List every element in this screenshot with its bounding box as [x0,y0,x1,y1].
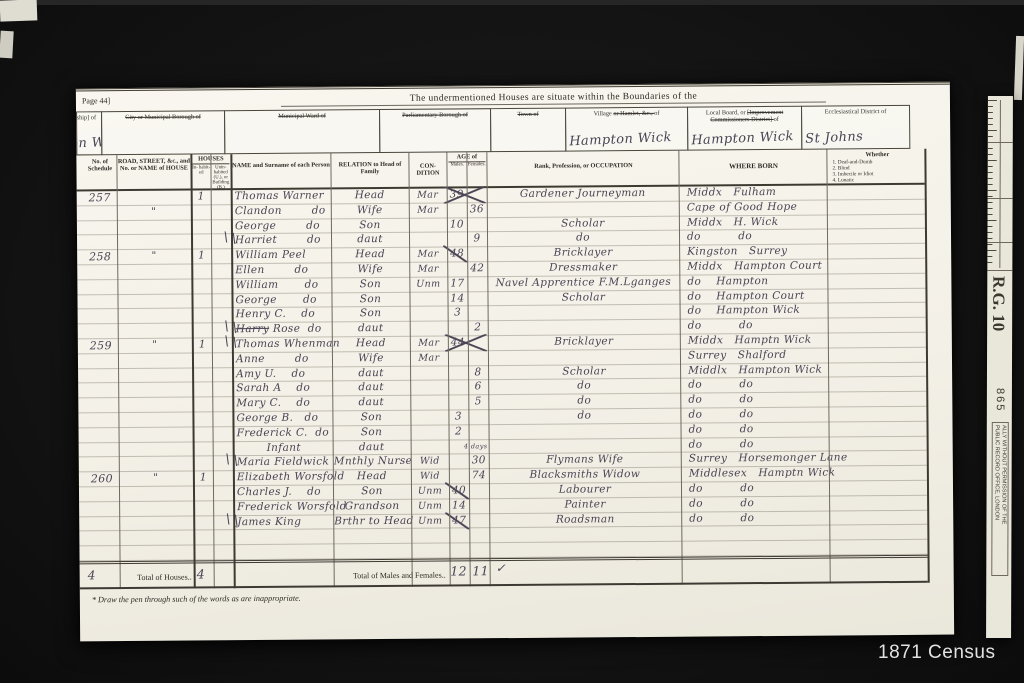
cell-name: Amy U. do [236,367,331,381]
ruler-tick [988,130,997,131]
cell-name: George B. do [236,411,331,425]
cell-age-female: 30 [470,455,488,468]
cell-where-born: do Hampton Wick [682,304,832,318]
cell-occupation: Bricklayer [489,246,677,260]
cell-name: William do [235,278,330,292]
cell-age-male: 2 [449,425,467,438]
copyright-notice: ALLY WITHOUT PERMISSION OF THEPUBLIC REC… [991,422,1009,576]
total-males-females-label: Total of Males and Females.. [240,571,446,582]
cell-relation: Son [333,307,409,321]
copyright-notice-line: ALLY WITHOUT PERMISSION OF THE [1000,425,1007,573]
archival-strip: R.G. 10 865 ALLY WITHOUT PERMISSION OF T… [986,96,1013,638]
cell-where-born: Middx Fulham [681,186,831,200]
cell-condition: Wid [412,455,448,468]
strip-divider [988,142,1013,143]
cell-where-born: Middx Hampton Court [681,260,831,274]
ruler-tick [988,214,993,215]
cell-name: George do [235,293,330,307]
cell-condition: Unm [410,277,446,290]
cell-name: Harry Rose do [236,323,331,337]
cell-name: James King [237,515,332,529]
cell-occupation: do [490,379,678,393]
ruler-tick [987,256,992,257]
cell-age-male: 14 [448,292,466,305]
cell-relation: daut [334,440,410,454]
paper-fragment [1014,36,1024,100]
cell-relation: Wife [333,352,409,366]
cell-where-born: do do [682,408,832,422]
cell-name: Ellen do [235,263,330,277]
cell-name: Anne do [236,352,331,366]
cell-where-born: do Hampton Court [681,289,831,303]
ruler-tick [988,154,993,155]
ruler-tick [987,250,996,251]
ruler-tick [988,136,993,137]
ruler-tick [987,226,992,227]
cell-where-born: Middx Hamptn Wick [682,334,832,348]
cell-where-born: do do [683,482,833,496]
ruler-tick [988,172,993,173]
cell-where-born: Kingston Surrey [681,245,831,259]
cell-house-inhabited: 1 [192,250,211,263]
cell-age-male: 3 [449,307,467,320]
ruler-tick [987,238,992,239]
cell-relation: Mnthly Nurse [334,455,410,469]
cell-name: William Peel [235,249,330,263]
cell-relation: Brthr to Head [334,514,410,528]
cell-occupation: do [490,394,678,408]
cell-name: Maria Fieldwick [237,456,332,470]
total-females-value: 11 [471,563,491,578]
cell-name: Henry C. do [236,308,331,322]
cell-age-male: 3 [449,410,467,423]
crossed-out-mark [444,186,486,203]
cell-occupation: Scholar [489,290,677,304]
ruler-tick [987,262,992,263]
cell-name: Harriet do [235,234,330,248]
cell-occupation: do [489,231,677,245]
cell-name: Frederick Worsfold [237,500,332,514]
cell-age-female: 9 [468,233,486,246]
cell-condition: Mar [411,351,447,364]
cell-name: Elizabeth Worsfold [237,471,332,485]
cell-age-female: 42 [468,262,486,275]
ruler-tick [988,202,993,203]
cell-relation: Son [334,426,410,440]
cell-occupation: Roadsman [491,512,679,526]
cell-relation: daut [333,366,409,380]
ruler-tick [988,124,993,125]
cell-name: Mary C. do [236,397,331,411]
cell-relation: Son [334,485,410,499]
census-sheet: Page 44] The undermentioned Houses are s… [76,82,954,642]
ruler-tick [988,190,997,191]
cell-occupation: Painter [491,498,679,512]
cell-condition: Mar [410,203,446,216]
ruler-tick [988,196,993,197]
cell-schedule-number: 260 [86,472,118,485]
paper-fragment [0,0,37,22]
cell-where-born: do do [682,319,832,333]
cell-condition: Mar [411,337,447,350]
cell-name: Frederick C. do [237,426,332,440]
cell-occupation: Scholar [489,216,677,230]
cell-where-born: Cape of Good Hope [681,200,831,214]
cell-schedule-number: 258 [84,250,116,263]
cell-condition: Mar [410,189,446,202]
copyright-notice-line: PUBLIC RECORD OFFICE, LONDON [993,425,1000,573]
cell-relation: Head [332,189,408,203]
ruler-tick [988,166,993,167]
cell-relation: daut [333,381,409,395]
piece-number-label: 865 [994,388,1006,412]
total-houses-label: Total of Houses.. [92,573,192,583]
cell-relation: Son [333,411,409,425]
cell-age-female: 6 [469,381,487,394]
cell-where-born: Middlx Hampton Wick [682,363,832,377]
ruler-tick [988,112,993,113]
ruler-tick [987,244,992,245]
cell-name: Charles J. do [237,485,332,499]
ruler-tick [988,118,993,119]
cell-occupation: Gardener Journeyman [489,187,677,201]
ruler-tick [988,106,993,107]
cell-age-male: 14 [450,499,468,512]
cell-relation: Head [333,337,409,351]
cell-occupation: Blacksmiths Widow [491,468,679,482]
cell-road-ditto: " [120,472,192,486]
watermark-label: 1871 Census [878,642,995,664]
cell-where-born: do do [682,393,832,407]
check-mark: ✓ [496,561,507,575]
strip-divider [988,198,1013,199]
cell-name: Thomas Whenman [236,337,331,351]
ruler-tick [988,100,997,101]
cell-name: Thomas Warner [235,189,330,203]
cell-condition: Unm [412,499,448,512]
cell-where-born: do Hampton [681,274,831,288]
form-footnote: * Draw the pen through such of the words… [92,594,301,605]
cell-where-born: Surrey Horsemonger Lane [683,452,833,466]
cell-relation: Son [332,278,408,292]
cell-relation: Son [332,292,408,306]
cell-relation: Son [332,218,408,232]
cell-occupation: Scholar [490,364,678,378]
cell-road-ditto: " [119,339,191,353]
census-rows: 2571Thomas WarnerHeadMar39Gardener Journ… [76,85,954,592]
cell-occupation: Dressmaker [489,261,677,275]
cell-age-female: 4 days [459,440,493,453]
cell-where-born: do do [681,230,831,244]
cell-age-male: 10 [448,218,466,231]
total-houses-value: 4 [197,566,227,581]
ruler-tick [988,184,993,185]
strip-divider [987,270,1012,271]
cell-where-born: do do [683,511,833,525]
cell-house-inhabited: 1 [194,472,213,485]
cell-age-male: 17 [448,277,466,290]
cell-age-female: 36 [468,203,486,216]
cell-where-born: Middx H. Wick [681,215,831,229]
cell-occupation: Bricklayer [490,335,678,349]
crossed-out-mark [445,334,487,351]
cell-house-inhabited: 1 [192,190,211,203]
ruler-tick [988,178,993,179]
cell-occupation: Flymans Wife [491,453,679,467]
cell-name: Infant [237,441,332,455]
cell-relation: daut [333,396,409,410]
photo-background: { "watermark": "1871 Census", "form": { … [0,0,1024,683]
cell-where-born: Surrey Shalford [682,348,832,362]
cell-where-born: Middlesex Hamptn Wick [683,467,833,481]
cell-occupation: Labourer [491,483,679,497]
cell-relation: Wife [332,204,408,218]
cell-relation: Head [332,248,408,262]
cell-condition: Mar [410,263,446,276]
cell-occupation: do [490,409,678,423]
paper-fragment [0,31,14,59]
ruler-tick [988,220,997,221]
cell-road-ditto: " [118,205,190,219]
cell-occupation: Navel Apprentice F.M.Lganges [489,276,677,290]
record-group-label: R.G. 10 [988,276,1008,331]
cell-name: George do [235,219,330,233]
cell-relation: daut [333,322,409,336]
photo-edge-band [30,0,1024,5]
cell-where-born: do do [682,378,832,392]
cell-where-born: do do [682,422,832,436]
struck-word: Harry [236,323,269,335]
cell-road-ditto: " [118,250,190,264]
cell-condition: Unm [412,485,448,498]
cell-age-female: 5 [469,395,487,408]
cell-age-female: 74 [470,469,488,482]
ruler-tick [988,208,993,209]
ruler-tick [988,160,997,161]
cell-schedule-number: 259 [85,339,117,352]
cell-age-female: 8 [469,366,487,379]
cell-relation: Head [334,470,410,484]
cell-where-born: do do [683,496,833,510]
total-males-value: 12 [449,563,469,578]
strip-divider [987,242,1012,243]
cell-condition: Wid [412,470,448,483]
cell-relation: Grandson [334,500,410,514]
cell-name: Clandon do [235,204,330,218]
ruler-tick [987,232,992,233]
cell-condition: Mar [410,248,446,261]
cell-where-born: do do [683,437,833,451]
cell-schedule-number: 257 [84,191,116,204]
cell-name: Sarah A do [236,382,331,396]
cell-relation: daut [332,233,408,247]
cell-condition: Unm [412,514,448,527]
ruler-tick [988,148,993,149]
cell-relation: Wife [332,263,408,277]
cell-age-female: 2 [469,321,487,334]
cell-house-inhabited: 1 [193,338,212,351]
